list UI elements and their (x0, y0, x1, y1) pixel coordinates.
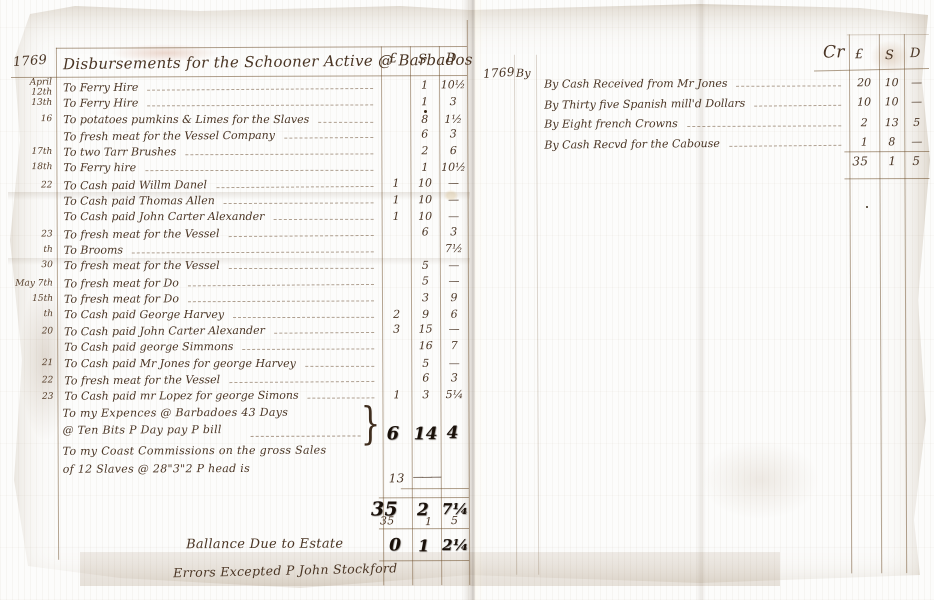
entry-description: To fresh meat for Do (57, 291, 382, 305)
entry-text: To fresh meat for the Vessel (64, 259, 220, 272)
shillings-column-header: S (418, 52, 427, 67)
ledger-row: By Cash Received from Mr Jones2010— (536, 72, 929, 94)
ledger-row: By Thirty five Spanish mill'd Dollars101… (536, 91, 929, 115)
signature-line: Errors Excepted P John Stockford (173, 560, 398, 580)
entry-text: To Cash paid Willm Danel (63, 178, 207, 192)
entry-pence: — (904, 75, 929, 88)
header-rule (847, 34, 929, 35)
expenses-shillings: 14 (414, 424, 438, 444)
entry-description: To Cash paid Thomas Allen (57, 193, 382, 207)
dash-leader (216, 185, 373, 187)
entry-shillings: 10 (411, 210, 440, 223)
dash-leader (224, 202, 374, 204)
debit-subtotal-pounds: 35 (380, 514, 395, 527)
entry-description: To Cash paid Mr Jones for george Harvey (57, 357, 382, 370)
commissions-line-1: To my Coast Commissions on the gross Sal… (63, 444, 327, 458)
entry-text: To Cash paid Mr Jones for george Harvey (64, 357, 296, 370)
entry-date: th (12, 309, 57, 319)
entry-description: To Cash paid mr Lopez for george Simons (57, 389, 382, 403)
entry-pence: 10½ (439, 78, 467, 91)
entry-text: To fresh meat for the Vessel Company (63, 128, 275, 143)
entry-pounds: 1 (382, 210, 411, 223)
entry-description: By Eight french Crowns (536, 116, 849, 130)
entry-pence: 6 (440, 308, 468, 321)
header-rule (56, 46, 467, 49)
entry-pence: — (904, 134, 929, 147)
expenses-pence: 4 (447, 423, 459, 443)
entry-text: To fresh meat for the Vessel (64, 373, 220, 387)
ledger-row: 23To Cash paid mr Lopez for george Simon… (12, 387, 468, 405)
entry-text: To Ferry Hire (63, 80, 138, 94)
header-rule (814, 68, 929, 72)
dash-leader (274, 332, 374, 334)
entry-text: By Cash Received from Mr Jones (544, 76, 727, 90)
page-title: Disbursements for the Schooner Active @ … (63, 51, 473, 74)
entry-text: To fresh meat for Do (64, 292, 179, 306)
entry-description: By Thirty five Spanish mill'd Dollars (536, 95, 849, 111)
credit-shillings-header: S (885, 48, 894, 63)
entry-pence: — (440, 356, 468, 369)
entry-pence: — (440, 322, 468, 335)
entry-shillings: 15 (411, 323, 440, 336)
year-label-left: 1769 (12, 53, 47, 71)
ledger-row: 13thTo Ferry Hire13 (11, 93, 467, 111)
dash-leader (754, 104, 841, 106)
dash-leader (729, 144, 841, 146)
entry-pounds: 1 (849, 135, 879, 148)
entry-pence: 3 (440, 371, 468, 384)
entry-description: To fresh meat for the Vessel (57, 225, 382, 241)
entry-shillings: 6 (411, 371, 440, 384)
curly-brace: } (361, 398, 381, 449)
entry-date: 18th (11, 163, 56, 173)
entry-pence: 5¼ (440, 388, 468, 401)
entry-pence: 3 (439, 95, 467, 108)
entry-text: To Cash paid John Carter Alexander (64, 210, 265, 223)
entry-description: To Cash paid Willm Danel (56, 176, 381, 192)
credit-total-shillings: 1 (888, 154, 896, 168)
by-column-header: By (516, 67, 531, 80)
entry-description: To fresh meat for the Vessel Company (56, 127, 381, 143)
dash-leader (147, 88, 373, 91)
entry-description: By Cash Recvd for the Cabouse (536, 135, 849, 151)
entry-description: To fresh meat for the Vessel (57, 259, 382, 272)
entry-description: To fresh meat for Do (57, 274, 382, 290)
ledger-row: 18thTo Ferry hire110½ (11, 159, 467, 176)
entry-pence: 1½ (439, 112, 467, 125)
entry-text: To Cash paid george Simmons (64, 340, 233, 354)
entry-description: To Cash paid george Simmons (57, 340, 382, 354)
entry-text: To fresh meat for the Vessel (64, 226, 220, 240)
entry-shillings: 2 (410, 144, 439, 157)
entry-pence: 7½ (440, 242, 468, 255)
entry-shillings: 1 (410, 161, 439, 174)
balance-shillings: 1 (418, 536, 430, 555)
entry-shillings: 8 (879, 135, 904, 148)
entry-pounds: 2 (849, 116, 879, 129)
entry-shillings: 10 (879, 95, 904, 108)
column-rule (514, 55, 517, 575)
entry-date: May 7th (12, 278, 57, 288)
ledger-row: To Cash paid george Simmons167 (12, 338, 468, 356)
entry-pence: 10½ (439, 161, 467, 174)
debit-subtotal-shillings: 1 (425, 515, 432, 528)
expenses-line-2: @ Ten Bits P Day pay P bill (63, 423, 222, 437)
entry-description: To fresh meat for the Vessel (57, 372, 382, 388)
entry-pence: 9 (440, 290, 468, 303)
entry-shillings: 10 (410, 176, 439, 189)
balance-pounds: 0 (389, 535, 401, 555)
entry-description: To Cash paid John Carter Alexander (57, 323, 382, 339)
entry-shillings: 8 (410, 112, 439, 125)
ledger-content: 1769 Disbursements for the Schooner Acti… (0, 0, 934, 600)
credit-total-pounds: 35 (852, 154, 868, 168)
entry-pence: 3 (439, 127, 467, 140)
dash-leader (132, 251, 374, 253)
entry-pence: 3 (440, 225, 468, 238)
balance-label: Ballance Due to Estate (186, 537, 343, 553)
dash-leader (736, 85, 841, 86)
entry-shillings: 5 (411, 274, 440, 287)
entry-text: To Ferry hire (63, 161, 136, 174)
year-label-right: 1769 (483, 65, 516, 81)
entry-description: By Cash Received from Mr Jones (536, 76, 849, 90)
debit-subtotal-pence: 5 (451, 514, 458, 527)
entry-shillings: 3 (411, 388, 440, 401)
entry-date: 22 (12, 376, 57, 386)
entry-date: 30 (12, 261, 57, 271)
dash-leader (188, 300, 374, 302)
entry-pence: — (440, 210, 468, 223)
entry-text: To fresh meat for Do (64, 276, 179, 290)
ledger-row: By Eight french Crowns2135 (536, 112, 929, 134)
entry-shillings: 5 (411, 357, 440, 370)
entry-description: To Cash paid John Carter Alexander (57, 210, 382, 223)
entry-shillings: 6 (411, 225, 440, 238)
entry-text: To potatoes pumkins & Limes for the Slav… (63, 112, 309, 125)
entry-text: By Cash Recvd for the Cabouse (544, 136, 720, 151)
entry-pounds: 3 (382, 323, 411, 336)
ledger-row: 30To fresh meat for the Vessel5— (12, 257, 468, 274)
entry-shillings: 10 (879, 76, 904, 89)
ledger-row: 16To potatoes pumkins & Limes for the Sl… (11, 110, 467, 127)
expenses-line-1: To my Expences @ Barbadoes 43 Days (62, 406, 288, 420)
entry-date: 22 (11, 180, 56, 190)
ledger-row: To Cash paid Thomas Allen110— (12, 191, 468, 209)
ledger-row: 15thTo fresh meat for Do39 (12, 289, 468, 307)
credit-header: Cr (823, 42, 845, 62)
entry-shillings: 13 (879, 116, 904, 129)
entry-description: To two Tarr Brushes (56, 144, 381, 158)
entry-pence: — (440, 259, 468, 272)
entry-description: To Cash paid George Harvey (57, 308, 382, 321)
entry-pounds: 2 (382, 308, 411, 321)
expenses-pounds: 6 (387, 423, 400, 444)
pence-column-header: D (446, 51, 457, 66)
scanned-ledger-document: 1769 Disbursements for the Schooner Acti… (0, 0, 934, 600)
credit-pounds-header: £ (855, 47, 864, 62)
commissions-dash: ——— (413, 470, 440, 483)
entry-pence: 7 (440, 339, 468, 352)
entry-description: To Ferry hire (56, 161, 381, 174)
entry-description: To Ferry Hire (56, 79, 381, 95)
entry-date: 13th (11, 98, 56, 108)
entry-text: To Cash paid mr Lopez for george Simons (64, 389, 298, 403)
entry-date: 20 (12, 327, 57, 337)
commissions-line-2: of 12 Slaves @ 28"3"2 P head is (63, 462, 250, 476)
entry-shillings: 1 (410, 78, 439, 91)
ledger-row: thTo Brooms7½ (12, 240, 468, 258)
entry-text: To Brooms (64, 243, 123, 256)
dash-leader (229, 268, 374, 269)
entry-date: 16 (11, 114, 56, 124)
dash-leader (318, 121, 373, 122)
dash-leader (185, 153, 373, 155)
sum-rule (844, 178, 929, 179)
entry-text: To Cash paid John Carter Alexander (64, 324, 265, 339)
dash-leader (229, 234, 374, 236)
entry-date: 15th (12, 294, 57, 304)
entry-shillings: 1 (410, 95, 439, 108)
entry-description: To Ferry Hire (56, 95, 381, 109)
ledger-row: By Cash Recvd for the Cabouse18— (536, 131, 929, 155)
entry-text: To Ferry Hire (63, 96, 138, 109)
entry-pounds: 20 (849, 76, 879, 89)
dash-leader (188, 283, 374, 285)
sum-rule (379, 528, 469, 529)
entry-pounds: 10 (849, 95, 879, 108)
dash-leader (305, 366, 374, 367)
credit-pence-header: D (910, 46, 921, 61)
entry-text: To Cash paid Thomas Allen (64, 194, 215, 208)
entry-date: 21 (12, 358, 57, 368)
entry-pounds: 1 (382, 389, 411, 402)
dash-leader (284, 136, 373, 138)
entry-shillings: 10 (411, 193, 440, 206)
balance-pence: 2¼ (442, 536, 469, 554)
entry-date: th (12, 245, 57, 255)
dash-leader (233, 317, 374, 318)
entry-text: To two Tarr Brushes (63, 145, 176, 158)
dash-leader (147, 104, 373, 106)
entry-shillings: 6 (410, 127, 439, 140)
dash-leader (145, 170, 373, 171)
entry-pence: — (440, 193, 468, 206)
dash-leader (229, 381, 374, 383)
entry-text: By Thirty five Spanish mill'd Dollars (544, 96, 745, 111)
entry-pounds: 1 (382, 193, 411, 206)
debit-entries-list: April 12thTo Ferry Hire110½13thTo Ferry … (11, 77, 468, 405)
entry-pence: — (904, 94, 929, 107)
dash-leader (687, 125, 842, 127)
sum-rule (401, 488, 469, 489)
entry-pence: 5 (904, 115, 929, 128)
entry-pounds: 1 (381, 176, 410, 189)
entry-pence: — (439, 176, 467, 189)
ledger-row: 17thTo two Tarr Brushes26 (11, 142, 467, 160)
credit-entries-list: By Cash Received from Mr Jones2010—By Th… (536, 72, 929, 154)
entry-pence: 6 (439, 144, 467, 157)
credit-total-pence: 5 (912, 154, 920, 168)
dash-leader (251, 434, 361, 436)
entry-shillings: 5 (411, 259, 440, 272)
entry-shillings: 16 (411, 340, 440, 353)
entry-date: 23 (12, 229, 57, 239)
entry-text: To Cash paid George Harvey (64, 308, 224, 321)
entry-shillings: 9 (411, 308, 440, 321)
entry-pence: — (440, 273, 468, 286)
entry-date: 23 (12, 392, 57, 402)
dash-leader (242, 349, 374, 351)
pounds-column-header: £ (389, 51, 398, 66)
ledger-row: To Cash paid John Carter Alexander110— (12, 208, 468, 225)
entry-text: By Eight french Crowns (544, 117, 678, 131)
entry-date: 17th (11, 147, 56, 157)
dash-leader (273, 219, 373, 220)
entry-description: To Brooms (57, 242, 382, 256)
entry-description: To potatoes pumkins & Limes for the Slav… (56, 112, 381, 125)
commissions-pounds: 13 (389, 471, 405, 485)
entry-shillings: 3 (411, 291, 440, 304)
